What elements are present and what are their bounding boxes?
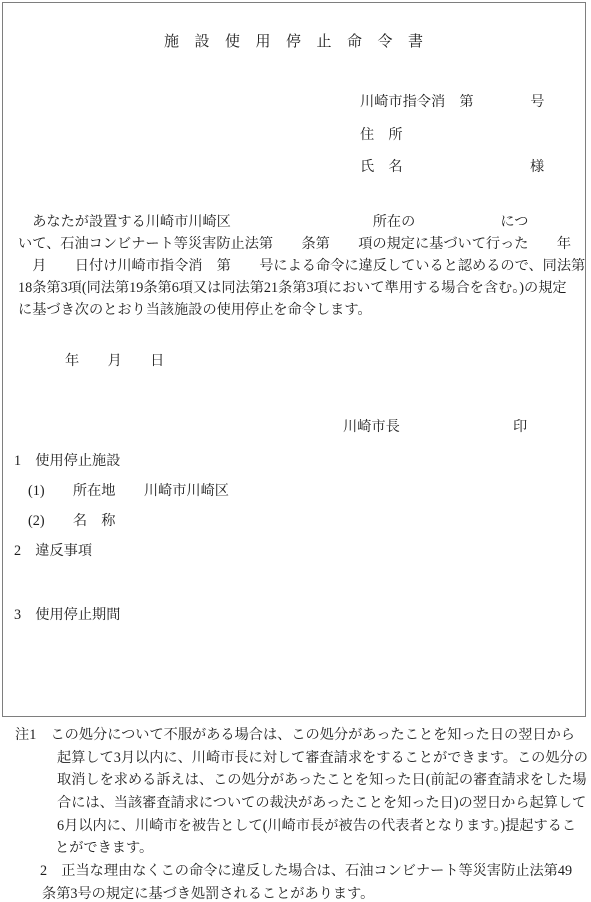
note-line: 起算して3月以内に、川崎市長に対して審査請求をすることができます。この処分の <box>57 750 588 768</box>
page-title: 施設使用停止命令書 <box>164 33 439 52</box>
sub-item-location: (1) 所在地 川崎市川崎区 <box>28 483 229 501</box>
list-item-violation: 2 違反事項 <box>14 543 92 561</box>
seal-placeholder: 印 <box>513 419 527 437</box>
note-line: 注1 この処分について不服がある場合は、この処分があったことを知った日の翌日から <box>15 727 575 745</box>
list-item-suspended-facility: 1 使用停止施設 <box>14 453 120 471</box>
note-line: 取消しを求める訴えは、この処分があったことを知った日(前記の審査請求をした場 <box>57 772 587 790</box>
body-text-line: いて、石油コンビナート等災害防止法第 条第 項の規定に基づいて行った 年 <box>18 236 571 254</box>
body-text-line: 月 日付け川崎市指令消 第 号による命令に違反していると認めるので、同法第 <box>18 258 585 276</box>
date-placeholder-line: 年 月 日 <box>65 353 164 371</box>
reference-number-line: 川崎市指令消 第 号 <box>360 94 544 112</box>
name-label-line: 氏 名 <box>360 159 403 177</box>
list-item-suspension-period: 3 使用停止期間 <box>14 607 120 625</box>
note-line: 2 正当な理由なくこの命令に違反した場合は、石油コンビナート等災害防止法第49 <box>40 863 572 881</box>
note-line: とができます。 <box>55 840 153 858</box>
note-line: 合には、当該審査請求についての裁決があったことを知った日)の翌日から起算して <box>57 795 586 813</box>
body-text-line: あなたが設置する川崎市川崎区 所在の につ <box>18 214 528 232</box>
body-text-line: 18条第3項(同法第19条第6項又は同法第21条第3項において準用する場合を含む… <box>18 280 567 298</box>
note-line: 6月以内に、川崎市を被告として(川崎市長が被告の代表者となります。)提起するこ <box>57 818 576 836</box>
note-line: 条第3号の規定に基づき処罰されることがあります。 <box>42 886 374 902</box>
sub-item-name: (2) 名 称 <box>28 513 115 531</box>
address-label-line: 住 所 <box>360 127 403 145</box>
mayor-signature: 川崎市長 <box>343 419 400 437</box>
body-text-line: に基づき次のとおり当該施設の使用停止を命令します。 <box>18 302 372 320</box>
honorific-sama: 様 <box>530 159 544 177</box>
